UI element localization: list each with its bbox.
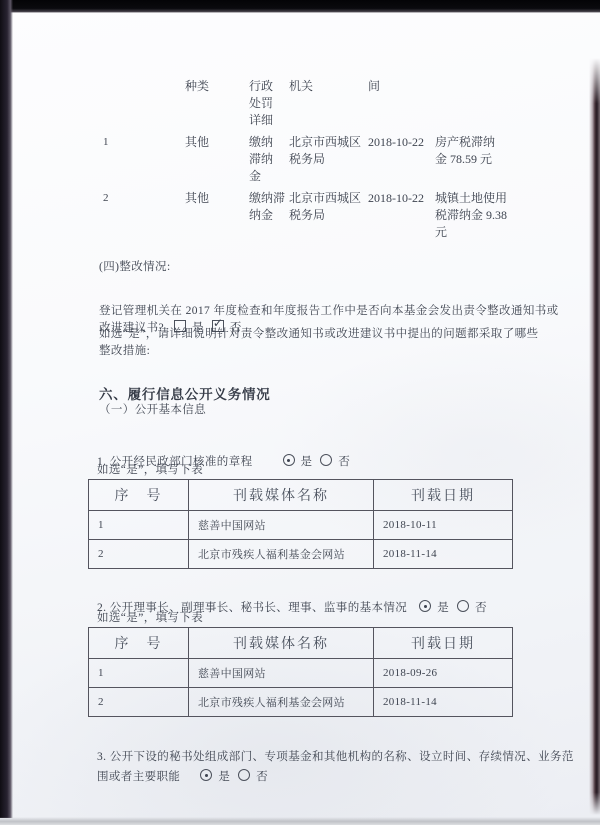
penalty-row-kind: 其他 xyxy=(185,190,249,207)
rectification-followup: 如选“是”，请详细说明针对责令整改通知书或改进建议书中提出的问题都采取了哪些 整… xyxy=(99,326,579,360)
penalty-col-time: 间 xyxy=(368,78,435,95)
radio-unselected-icon xyxy=(457,600,469,612)
penalty-row-date: 2018-10-22 xyxy=(368,190,435,207)
radio-dot xyxy=(287,459,290,462)
radio-selected-icon xyxy=(200,769,212,781)
col-header-media: 刊载媒体名称 xyxy=(189,480,374,511)
penalty-row-date: 2018-10-22 xyxy=(368,134,435,151)
radio-unselected-icon xyxy=(238,769,250,781)
penalty-row-penalty: 缴纳滞 纳金 xyxy=(249,190,289,224)
table-row: 1 慈善中国网站 2018-10-11 xyxy=(89,511,513,540)
question-3: 3. 公开下设的秘书处组成部门、专项基金和其他机构的名称、设立时间、存续情况、业… xyxy=(97,727,577,787)
cell-date: 2018-10-11 xyxy=(374,511,513,540)
rectification-title: (四)整改情况: xyxy=(99,259,171,276)
no-label: 否 xyxy=(256,771,268,783)
cell-media: 北京市残疾人福利基金会网站 xyxy=(189,688,374,717)
radio-dot xyxy=(205,774,208,777)
radio-unselected-icon xyxy=(320,454,332,466)
radio-dot xyxy=(424,605,427,608)
cell-no: 1 xyxy=(89,511,189,540)
table-header-row: 序 号 刊载媒体名称 刊载日期 xyxy=(89,480,513,511)
col-header-date: 刊载日期 xyxy=(374,480,513,511)
cell-media: 慈善中国网站 xyxy=(189,659,374,688)
section-6-subheading: （一）公开基本信息 xyxy=(99,402,206,419)
disclosure-table-2: 序 号 刊载媒体名称 刊载日期 1 慈善中国网站 2018-09-26 2 北京… xyxy=(88,627,513,717)
penalty-row-no: 1 xyxy=(103,134,185,151)
section-6-heading: 六、履行信息公开义务情况 xyxy=(99,383,271,403)
cell-no: 1 xyxy=(89,659,189,688)
col-header-no: 序 号 xyxy=(89,480,189,511)
question-1-note: 如选“是”，填写下表 xyxy=(97,462,203,479)
scan-edge-right xyxy=(589,58,600,815)
cell-media: 北京市残疾人福利基金会网站 xyxy=(189,540,374,569)
col-header-no: 序 号 xyxy=(89,628,189,659)
penalty-row-no: 2 xyxy=(103,190,185,207)
penalty-row-detail: 房产税滞纳 金 78.59 元 xyxy=(435,134,533,168)
scan-edge-top xyxy=(0,0,600,13)
yes-label: 是 xyxy=(437,602,449,614)
penalty-col-detail: 行政 处罚 详细 xyxy=(249,78,289,129)
table-row: 2 北京市残疾人福利基金会网站 2018-11-14 xyxy=(89,540,513,569)
cell-no: 2 xyxy=(89,688,189,717)
radio-selected-icon xyxy=(419,600,431,612)
table-header-row: 序 号 刊载媒体名称 刊载日期 xyxy=(89,628,513,659)
penalty-col-organ: 机关 xyxy=(289,78,368,95)
radio-selected-icon xyxy=(283,454,295,466)
table-row: 1 慈善中国网站 2018-09-26 xyxy=(89,659,513,688)
cell-no: 2 xyxy=(89,540,189,569)
cell-date: 2018-11-14 xyxy=(374,688,513,717)
penalty-col-kind: 种类 xyxy=(185,78,249,95)
no-label: 否 xyxy=(338,456,350,468)
penalty-row-organ: 北京市西城区 税务局 xyxy=(289,134,368,168)
cell-media: 慈善中国网站 xyxy=(189,511,374,540)
penalty-row-detail: 城镇土地使用 税滞纳金 9.38 元 xyxy=(435,190,533,241)
yes-label: 是 xyxy=(218,771,230,783)
penalty-row-organ: 北京市西城区 税务局 xyxy=(289,190,368,224)
col-header-date: 刊载日期 xyxy=(374,628,513,659)
penalty-row-kind: 其他 xyxy=(185,134,249,151)
cell-date: 2018-11-14 xyxy=(374,540,513,569)
question-2-note: 如选“是”，填写下表 xyxy=(97,610,203,627)
no-label: 否 xyxy=(475,602,487,614)
cell-date: 2018-09-26 xyxy=(374,659,513,688)
penalty-table: 种类 行政 处罚 详细 机关 间 1 其他 缴纳 滞纳 金 北京市西城区 税务局… xyxy=(103,78,533,241)
col-header-media: 刊载媒体名称 xyxy=(189,628,374,659)
question-3-label: 3. 公开下设的秘书处组成部门、专项基金和其他机构的名称、设立时间、存续情况、业… xyxy=(97,751,574,783)
scan-edge-left xyxy=(0,0,13,818)
scan-edge-bottom xyxy=(0,817,600,825)
yes-label: 是 xyxy=(301,456,313,468)
disclosure-table-1: 序 号 刊载媒体名称 刊载日期 1 慈善中国网站 2018-10-11 2 北京… xyxy=(88,479,513,569)
scanned-document-page: 种类 行政 处罚 详细 机关 间 1 其他 缴纳 滞纳 金 北京市西城区 税务局… xyxy=(0,0,600,825)
penalty-row-penalty: 缴纳 滞纳 金 xyxy=(249,134,289,185)
table-row: 2 北京市残疾人福利基金会网站 2018-11-14 xyxy=(89,688,513,717)
